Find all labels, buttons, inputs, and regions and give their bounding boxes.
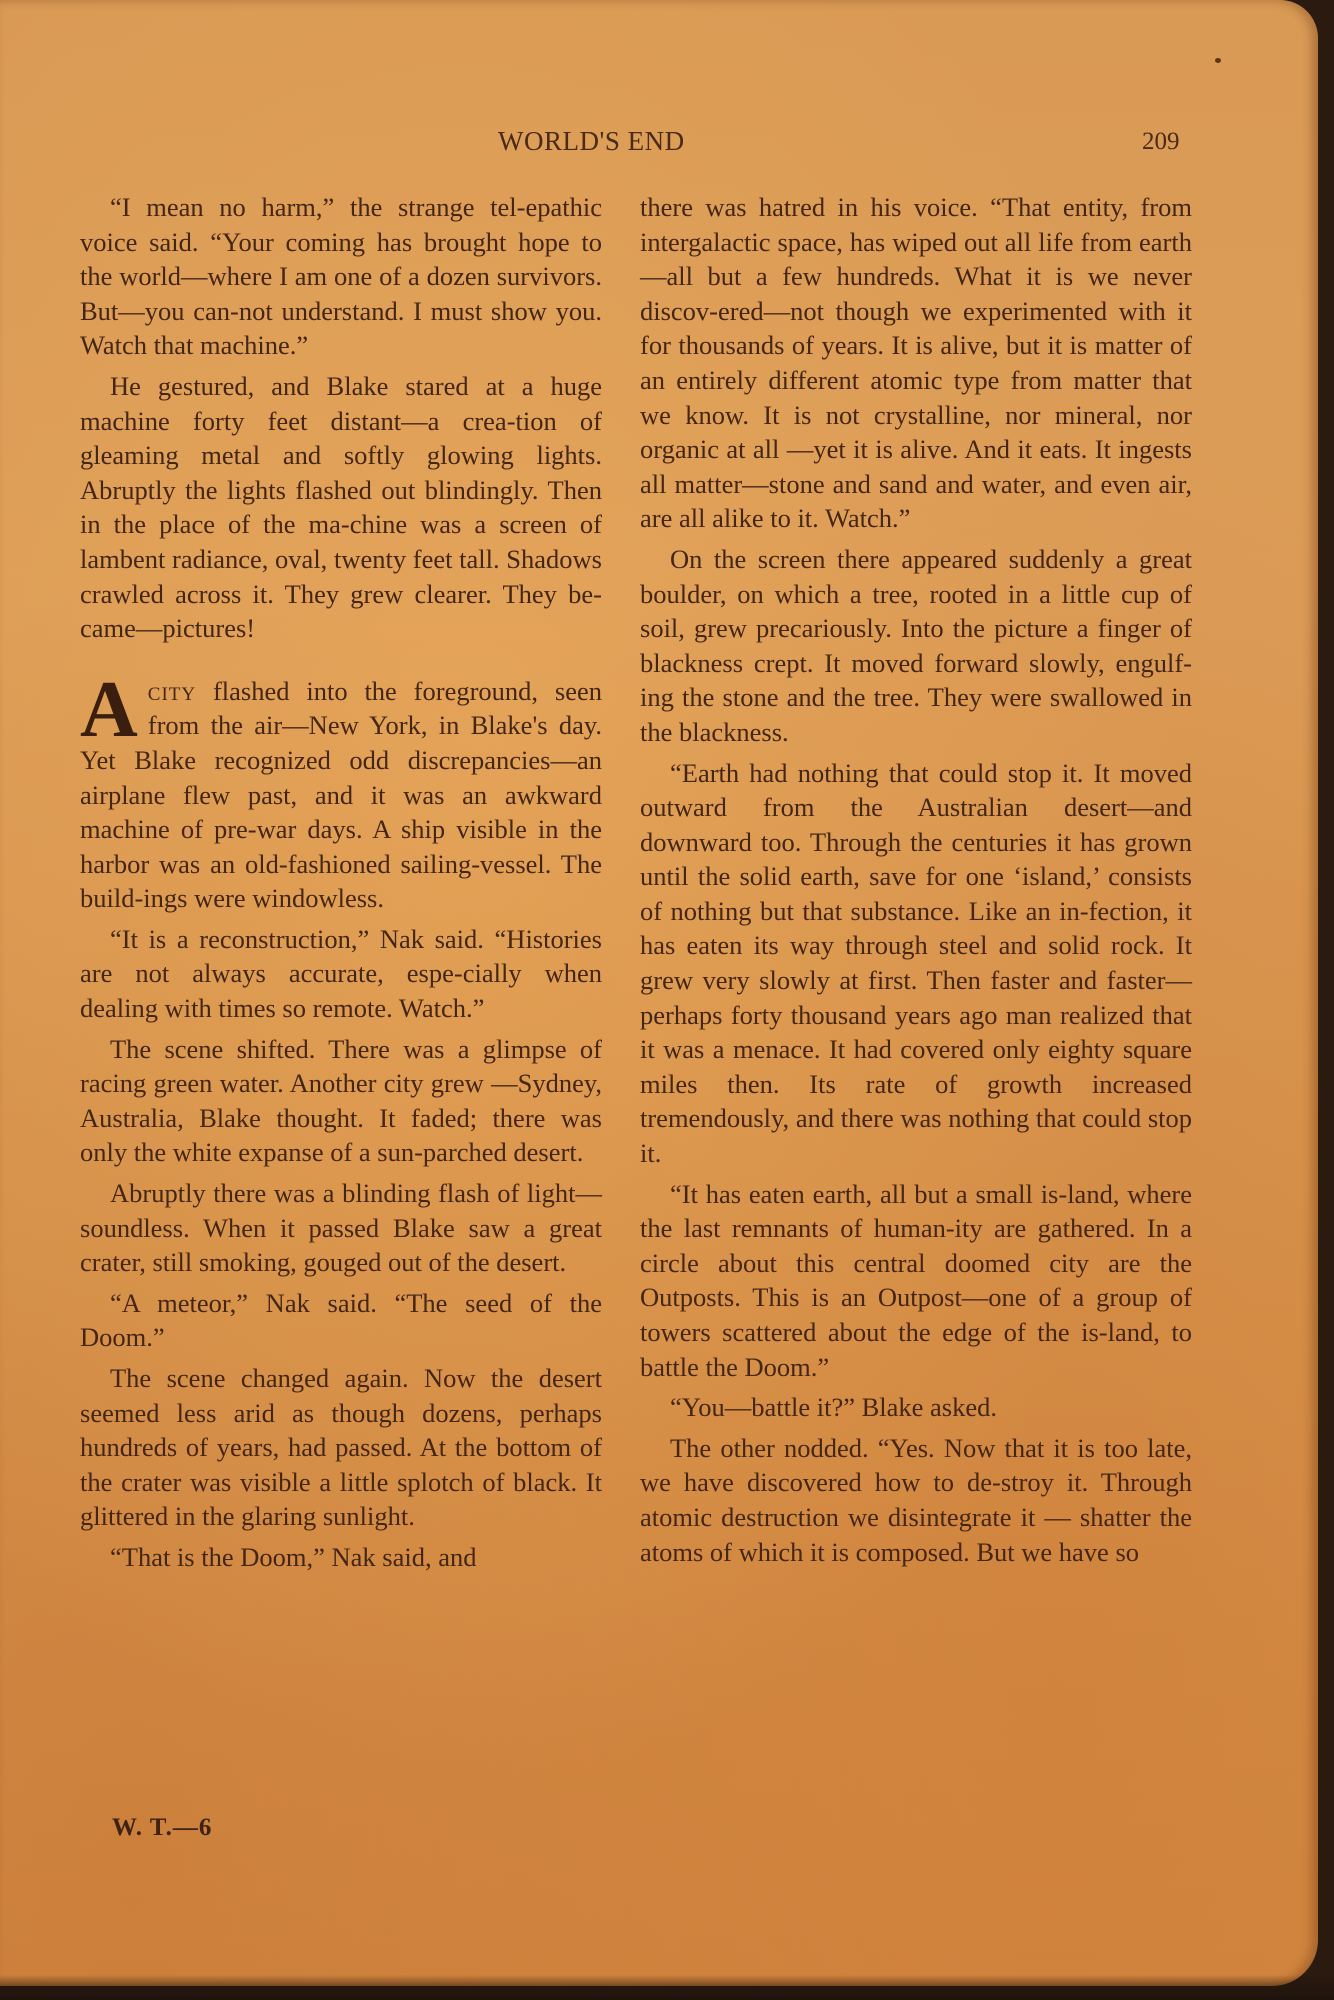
magazine-page: WORLD'S END 209 “I mean no harm,” the st… bbox=[0, 0, 1318, 1986]
paragraph: The scene changed again. Now the desert … bbox=[80, 1361, 602, 1534]
paragraph-text: flashed into the foreground, seen from t… bbox=[80, 676, 602, 914]
paragraph: “I mean no harm,” the strange tel-epathi… bbox=[80, 190, 602, 363]
paragraph: “A meteor,” Nak said. “The seed of the D… bbox=[80, 1286, 602, 1355]
page-number: 209 bbox=[1142, 128, 1180, 156]
running-head: WORLD'S END 209 bbox=[0, 126, 1250, 166]
left-column: “I mean no harm,” the strange tel-epathi… bbox=[80, 190, 602, 1581]
paragraph: On the screen there appeared suddenly a … bbox=[640, 542, 1192, 750]
small-caps-word: CITY bbox=[148, 676, 196, 706]
drop-cap: A bbox=[80, 678, 138, 742]
paragraph: “You—battle it?” Blake asked. bbox=[640, 1390, 1192, 1425]
paper-speck bbox=[1215, 58, 1221, 63]
paragraph: “That is the Doom,” Nak said, and bbox=[80, 1540, 602, 1575]
section-opening-paragraph: ACITY flashed into the foreground, seen … bbox=[80, 674, 602, 916]
paragraph: “Earth had nothing that could stop it. I… bbox=[640, 756, 1192, 1171]
paragraph: Abruptly there was a blinding flash of l… bbox=[80, 1176, 602, 1280]
paragraph: The other nodded. “Yes. Now that it is t… bbox=[640, 1431, 1192, 1569]
page-edge-shadow bbox=[0, 1975, 1334, 2000]
paragraph: The scene shifted. There was a glimpse o… bbox=[80, 1032, 602, 1170]
continued-paragraph: there was hatred in his voice. “That ent… bbox=[640, 190, 1192, 536]
right-column: there was hatred in his voice. “That ent… bbox=[640, 190, 1192, 1575]
paragraph: He gestured, and Blake stared at a huge … bbox=[80, 369, 602, 646]
running-title: WORLD'S END bbox=[498, 126, 685, 157]
printer-signature-mark: W. T.—6 bbox=[112, 1814, 212, 1842]
paragraph: “It has eaten earth, all but a small is-… bbox=[640, 1177, 1192, 1385]
paragraph: “It is a reconstruction,” Nak said. “His… bbox=[80, 922, 602, 1026]
